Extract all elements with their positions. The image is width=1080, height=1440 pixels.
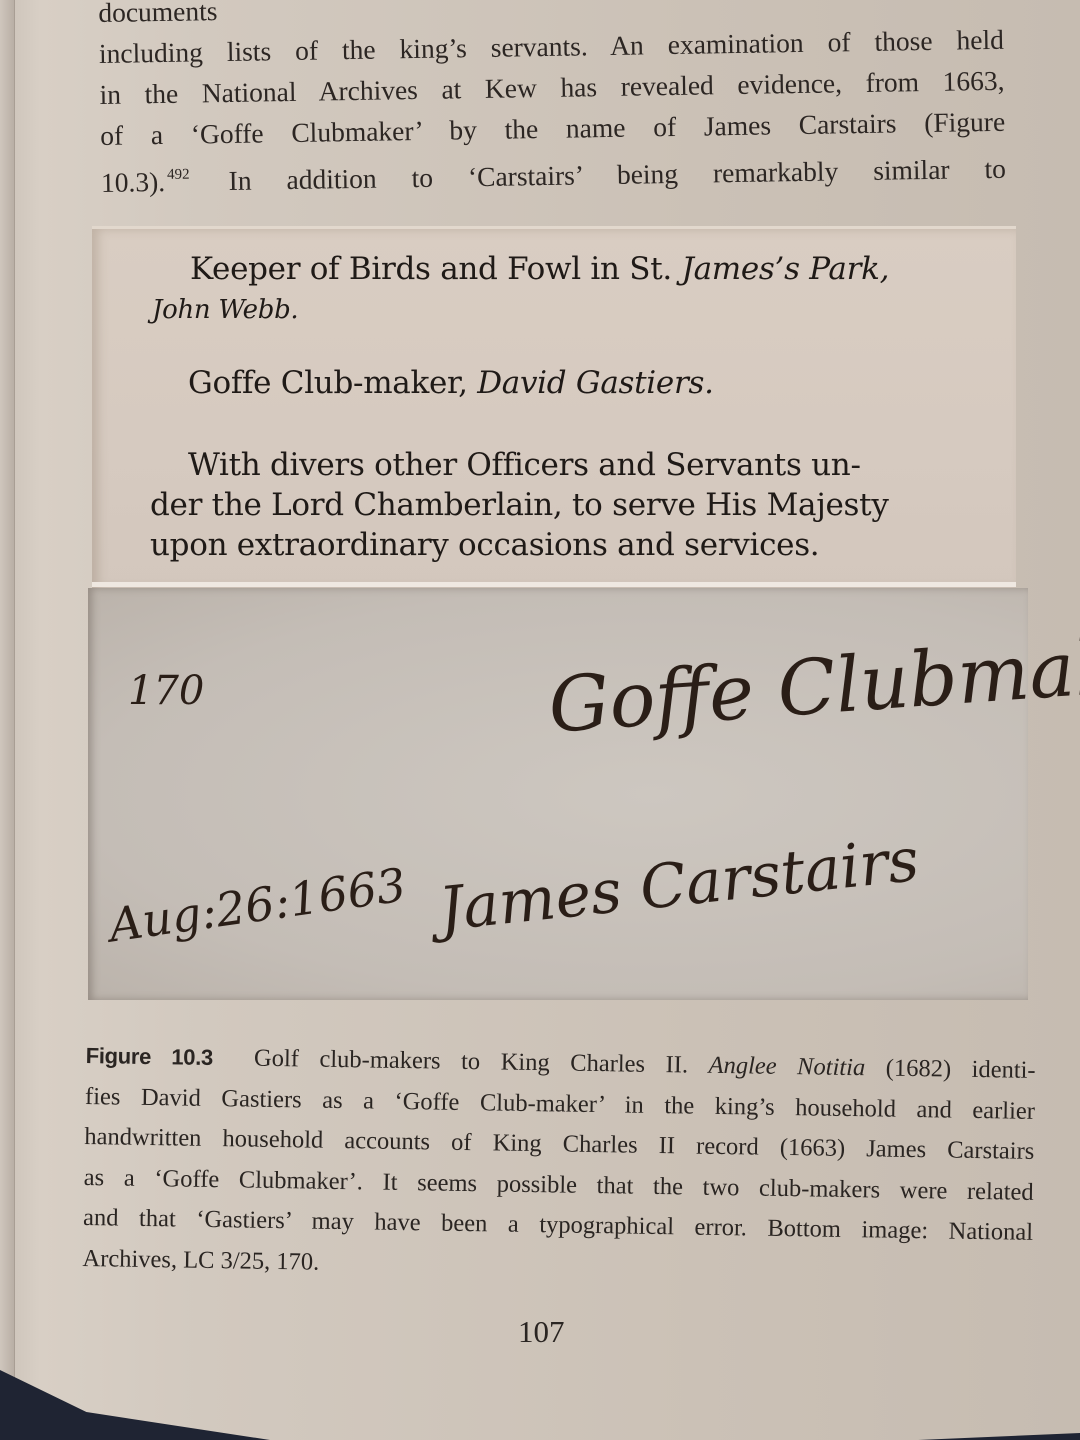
printed-text-italic: James’s Park, bbox=[681, 251, 889, 287]
body-paragraph: documents including lists of the king’s … bbox=[98, 0, 1006, 203]
handwritten-folio-number: 170 bbox=[128, 668, 204, 714]
previous-page-edge bbox=[0, 0, 15, 1440]
printed-line-keeper: Keeper of Birds and Fowl in St. James’s … bbox=[190, 251, 889, 287]
caption-text: (1682) identi- bbox=[865, 1054, 1036, 1084]
handwritten-name: James Carstairs bbox=[436, 825, 922, 945]
body-line-start: 10.3). bbox=[101, 166, 166, 198]
printed-text-roman: Goffe Club-maker, bbox=[188, 365, 477, 401]
body-line-end: In addition to ‘Carstairs’ being remarka… bbox=[228, 153, 1006, 196]
figure-top-image-printed-list: Keeper of Birds and Fowl in St. James’s … bbox=[92, 226, 1016, 589]
printed-line-john-webb: John Webb. bbox=[152, 295, 298, 325]
printed-text-italic: John Webb. bbox=[152, 295, 298, 325]
caption-text: Golf club-makers to King Charles II. bbox=[254, 1045, 709, 1079]
printed-line-extraordinary: upon extraordinary occasions and service… bbox=[150, 527, 819, 563]
printed-line-lord-chamberlain: der the Lord Chamberlain, to serve His M… bbox=[150, 487, 889, 523]
footnote-reference: 492 bbox=[167, 167, 190, 183]
printed-line-goffe-club-maker: Goffe Club-maker, David Gastiers. bbox=[188, 365, 714, 401]
figure-label: Figure 10.3 bbox=[85, 1043, 213, 1070]
figure-bottom-image-handwritten-record: 170 Goffe Clubmaker Aug:26:1663 James Ca… bbox=[88, 588, 1028, 1000]
figure-divider bbox=[92, 582, 1016, 587]
handwritten-date: Aug:26:1663 bbox=[106, 857, 409, 952]
printed-text-roman: Keeper of Birds and Fowl in St. bbox=[190, 251, 681, 287]
background-fabric bbox=[0, 1370, 1080, 1440]
printed-text-italic: David Gastiers. bbox=[477, 365, 713, 401]
figure-caption: Figure 10.3 Golf club-makers to King Cha… bbox=[82, 1036, 1036, 1294]
caption-italic-title: Anglee Notitia bbox=[708, 1052, 865, 1081]
handwritten-title: Goffe Clubmaker bbox=[546, 615, 1080, 749]
printed-line-with-divers: With divers other Officers and Servants … bbox=[188, 447, 861, 483]
page-number: 107 bbox=[518, 1314, 565, 1350]
